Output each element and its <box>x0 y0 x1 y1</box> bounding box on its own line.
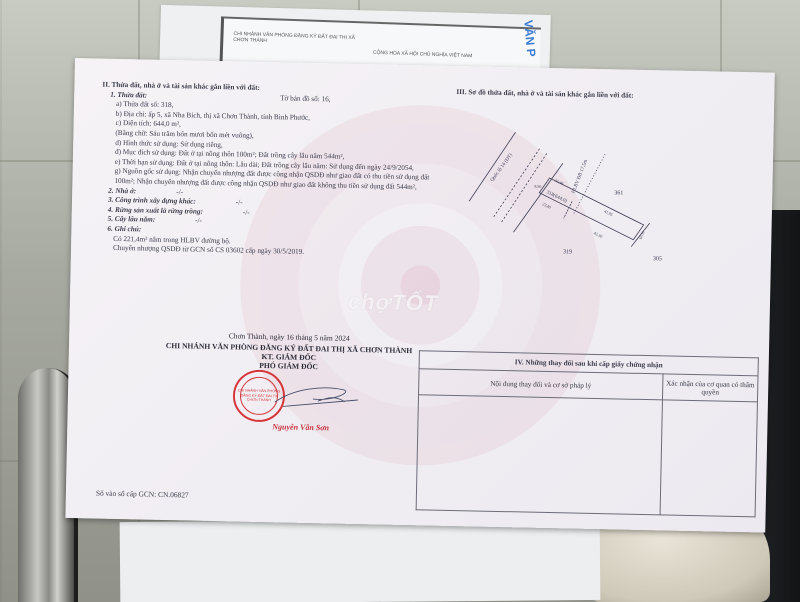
item-5-perennial-trees: 5. Cây lâu năm: <box>108 215 156 224</box>
empty-cell <box>416 395 662 515</box>
neighbor-parcel-319: 319 <box>563 249 572 255</box>
land-certificate-page: II. Thửa đất, nhà ở và tài sản khác gắn … <box>65 58 774 533</box>
dim-label: 23,40 <box>541 201 552 210</box>
map-sheet-number: Tờ bản đồ số: 16, <box>280 94 331 105</box>
column-authority-confirmation: Xác nhận của cơ quan có thẩm quyền <box>663 374 758 402</box>
dim-label: 41,95 <box>603 209 614 218</box>
dim-label: 42,30 <box>593 230 604 239</box>
signature-block: Chơn Thành, ngày 16 tháng 5 năm 2024 CHI… <box>124 329 455 374</box>
handwritten-signature <box>273 380 364 412</box>
dash: -/- <box>176 188 183 196</box>
document-tag: VĂN P <box>497 19 538 62</box>
signer-name: Nguyễn Văn Sơn <box>272 422 329 432</box>
section-2-land-info: II. Thửa đất, nhà ở và tài sản khác gắn … <box>99 81 433 261</box>
neighbor-parcel-361: 361 <box>614 190 623 196</box>
chotot-watermark: chợTỐT <box>348 289 439 317</box>
underlying-document-bottom <box>120 518 601 602</box>
dash: -/- <box>243 208 250 216</box>
parcel-sketch-map: Quốc lộ 14 (ĐT) HLBV ĐB 17,5m 318(644,0)… <box>452 121 736 307</box>
dim-label: 22,48 <box>554 177 565 186</box>
item-3-other-works: 3. Công trình xây dựng khác: <box>108 196 196 206</box>
dash: -/- <box>236 199 243 207</box>
dash: -/- <box>195 217 202 225</box>
road-label: Quốc lộ 14 (ĐT) <box>490 153 514 183</box>
dim-label: 8,96 <box>534 184 541 190</box>
neighbor-parcel-305: 305 <box>653 256 662 262</box>
section-4-changes-table: IV. Những thay đổi sau khi cấp giấy chứn… <box>416 350 759 517</box>
item-2-house: 2. Nhà ở: <box>108 186 136 195</box>
registry-number: Số vào sổ cấp GCN: CN.06827 <box>96 489 189 500</box>
empty-cell <box>660 400 757 517</box>
item-4-forest: 4. Rừng sản xuất là rừng trồng: <box>108 205 203 215</box>
section-3-title: III. Sơ đồ thửa đất, nhà ở và tài sản kh… <box>456 88 633 100</box>
